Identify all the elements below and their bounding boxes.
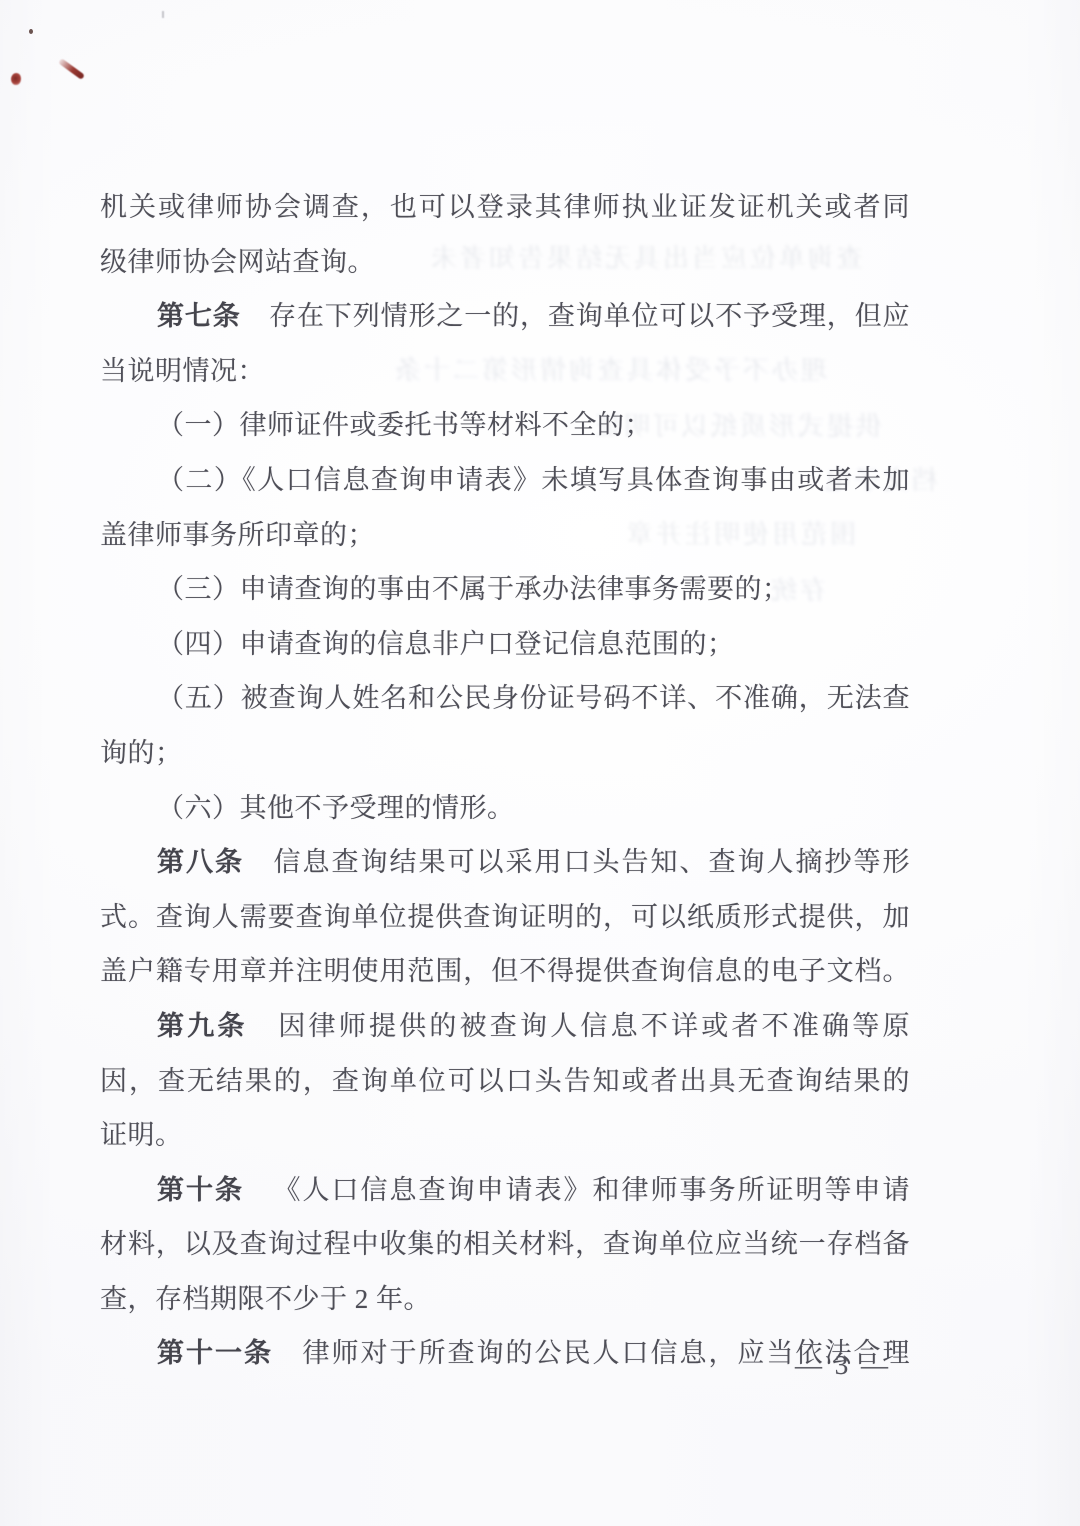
text-line: （三）申请查询的事由不属于承办法律事务需要的； — [100, 562, 910, 617]
article-text: 信息查询结果可以采用口头告知、查询人摘抄等形 — [272, 847, 910, 877]
text-line: 盖户籍专用章并注明使用范围，但不得提供查询信息的电子文档。 — [100, 944, 910, 999]
text-line: 当说明情况： — [100, 344, 910, 399]
article-number: 第九条 — [157, 1011, 248, 1041]
text-line: （二）《人口信息查询申请表》未填写具体查询事由或者未加 — [100, 453, 910, 508]
article-number: 第八条 — [157, 847, 244, 877]
ink-speck — [29, 29, 33, 34]
text-line: 查，存档期限不少于 2 年。 — [100, 1272, 910, 1327]
text-line: 证明。 — [100, 1108, 910, 1163]
text-line: 因，查无结果的，查询单位可以口头告知或者出具无查询结果的 — [100, 1054, 910, 1109]
text-line: 级律师协会网站查询。 — [100, 235, 910, 290]
text-line: 盖律师事务所印章的； — [100, 508, 910, 563]
scanned-document-page: 查询单位应当出具无结果告知者未理办不予受体具查询情形第二十条供提式形质纸以可明证… — [0, 0, 1080, 1526]
red-ink-streak — [58, 58, 85, 80]
text-line: （五）被查询人姓名和公民身份证号码不详、不准确，无法查 — [100, 671, 910, 726]
article-text: 存在下列情形之一的，查询单位可以不予受理，但应 — [269, 301, 910, 331]
scan-speck — [162, 11, 164, 18]
article-text: 《人口信息查询申请表》和律师事务所证明等申请 — [272, 1175, 910, 1205]
text-line: （四）申请查询的信息非户口登记信息范围的； — [100, 617, 910, 672]
text-line: （一）律师证件或委托书等材料不全的； — [100, 398, 910, 453]
page-number: — 3 — — [778, 1350, 908, 1381]
article-text: 因律师提供的被查询人信息不详或者不准确等原 — [276, 1011, 910, 1041]
text-line: 机关或律师协会调查，也可以登录其律师执业证发证机关或者同 — [100, 180, 910, 235]
text-line: 第九条因律师提供的被查询人信息不详或者不准确等原 — [100, 999, 910, 1054]
text-line: 式。查询人需要查询单位提供查询证明的，可以纸质形式提供，加 — [100, 890, 910, 945]
article-number: 第十条 — [157, 1175, 244, 1205]
red-ink-dot — [11, 73, 21, 85]
text-block: 机关或律师协会调查，也可以登录其律师执业证发证机关或者同级律师协会网站查询。第七… — [100, 180, 910, 1381]
article-number: 第七条 — [157, 301, 241, 331]
article-number: 第十一条 — [157, 1338, 273, 1368]
text-line: 材料，以及查询过程中收集的相关材料，查询单位应当统一存档备 — [100, 1217, 910, 1272]
text-line: 询的； — [100, 726, 910, 781]
text-line: 第七条存在下列情形之一的，查询单位可以不予受理，但应 — [100, 289, 910, 344]
text-line: （六）其他不予受理的情形。 — [100, 781, 910, 836]
text-line: 第八条信息查询结果可以采用口头告知、查询人摘抄等形 — [100, 835, 910, 890]
text-line: 第十条《人口信息查询申请表》和律师事务所证明等申请 — [100, 1163, 910, 1218]
